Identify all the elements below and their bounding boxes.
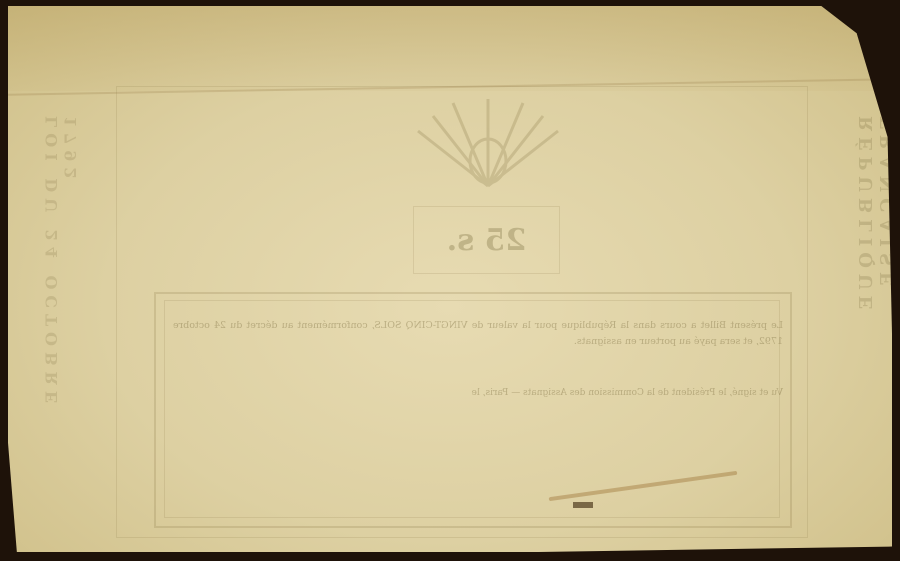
right-margin-text: RÉPUBLIQUE FRANÇAISE [856, 116, 886, 476]
fold-stain [8, 6, 892, 91]
body-text: Le présent Billet a cours dans la Républ… [173, 318, 783, 350]
value-box: 25 s. [413, 206, 560, 274]
left-margin-text: LOI DU 24 OCTOBRE 1792 [42, 116, 72, 476]
serial-stamp [573, 502, 593, 508]
paper-note: 25 s. LOI DU 24 OCTOBRE 1792 RÉPUBLIQUE … [8, 6, 892, 552]
signature-line: Vu et signé, le Président de la Commissi… [173, 388, 783, 398]
value-text: 25 s. [447, 223, 527, 258]
eagle-emblem-icon [398, 91, 578, 201]
